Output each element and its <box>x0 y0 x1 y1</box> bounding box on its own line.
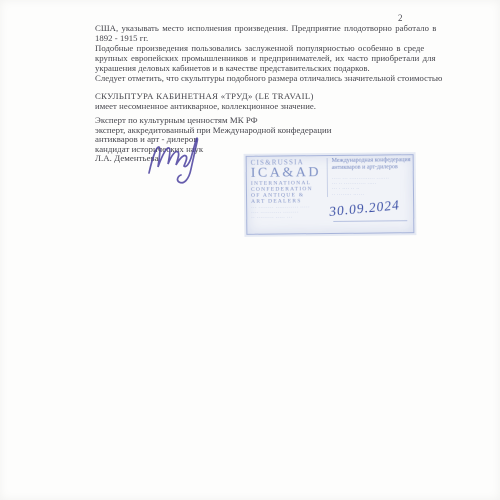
page-number: 2 <box>398 13 403 23</box>
paragraph-line: 1892 - 1915 гг. <box>95 33 405 43</box>
sculpture-title-line: СКУЛЬПТУРА КАБИНЕТНАЯ «ТРУД» (LE TRAVAIL… <box>95 91 405 101</box>
handwritten-signature <box>144 133 208 187</box>
paragraph-line: Подобные произведения пользовались заслу… <box>95 43 405 53</box>
stamp-left-block: CIS&RUSSIA ICA&AD INTERNATIONAL CONFEDER… <box>251 158 326 220</box>
scanned-document-page: 2 США, указывать место исполнения произв… <box>0 0 500 500</box>
paragraph-line: украшения деловых кабинетов и в качестве… <box>95 63 405 73</box>
note-line: Следует отметить, что скульптуры подобно… <box>95 73 405 83</box>
stamp-fine-print: ·· ········ ······ <box>332 191 416 197</box>
stamp-fine-print: ·· ········· ····· ··· <box>251 214 325 220</box>
confederation-stamp: CIS&RUSSIA ICA&AD INTERNATIONAL CONFEDER… <box>246 154 415 235</box>
sculpture-subtitle-line: имеет несомненное антикварное, коллекцио… <box>95 101 405 111</box>
document-body: США, указывать место исполнения произвед… <box>95 23 405 111</box>
stamp-content: CIS&RUSSIA ICA&AD INTERNATIONAL CONFEDER… <box>247 155 414 234</box>
stamp-acronym: ICA&AD <box>251 166 325 181</box>
stamp-right-block: Международная конфедерация антикваров и … <box>327 157 416 197</box>
paragraph-line: США, указывать место исполнения произвед… <box>95 23 405 33</box>
paragraph-line: крупных европейских промышленников и пре… <box>95 53 405 63</box>
stamp-date-rule <box>333 220 407 222</box>
